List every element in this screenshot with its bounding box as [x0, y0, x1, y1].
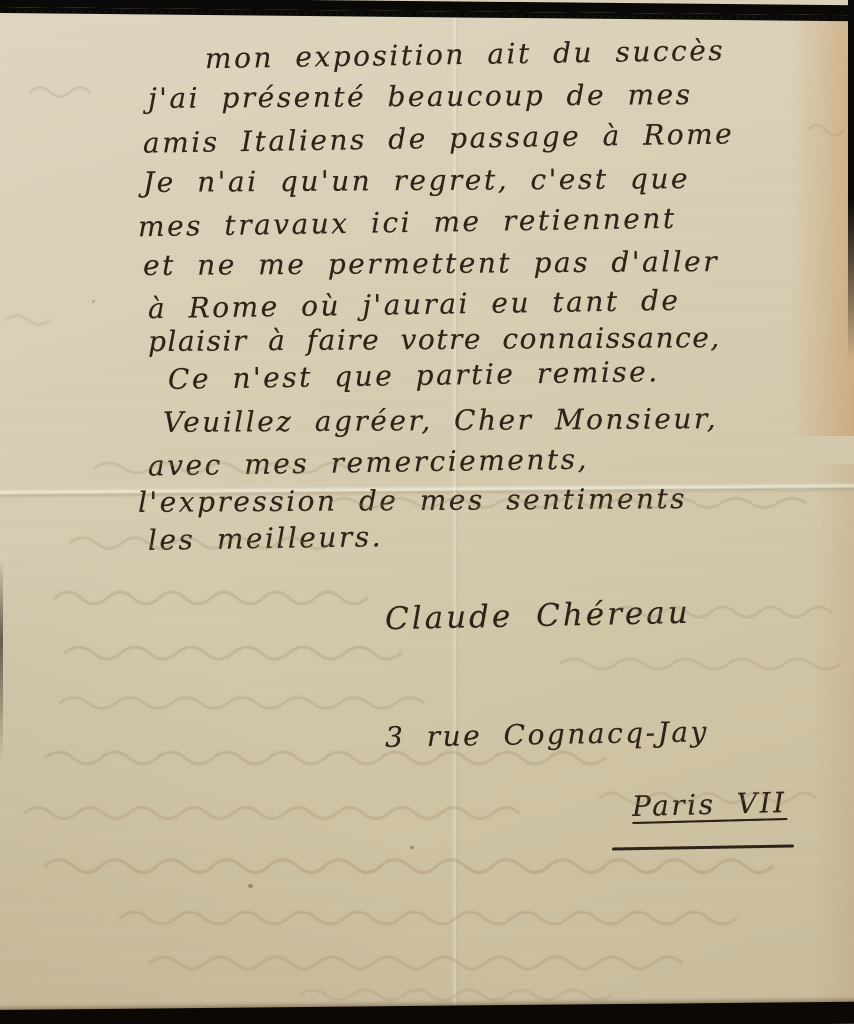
scanned-letter-page: mon exposition ait du succès j'ai présen… [0, 0, 854, 1024]
left-scan-edge [0, 560, 3, 760]
right-scan-edge [848, 0, 854, 360]
bleed-through-ink [0, 0, 854, 1024]
